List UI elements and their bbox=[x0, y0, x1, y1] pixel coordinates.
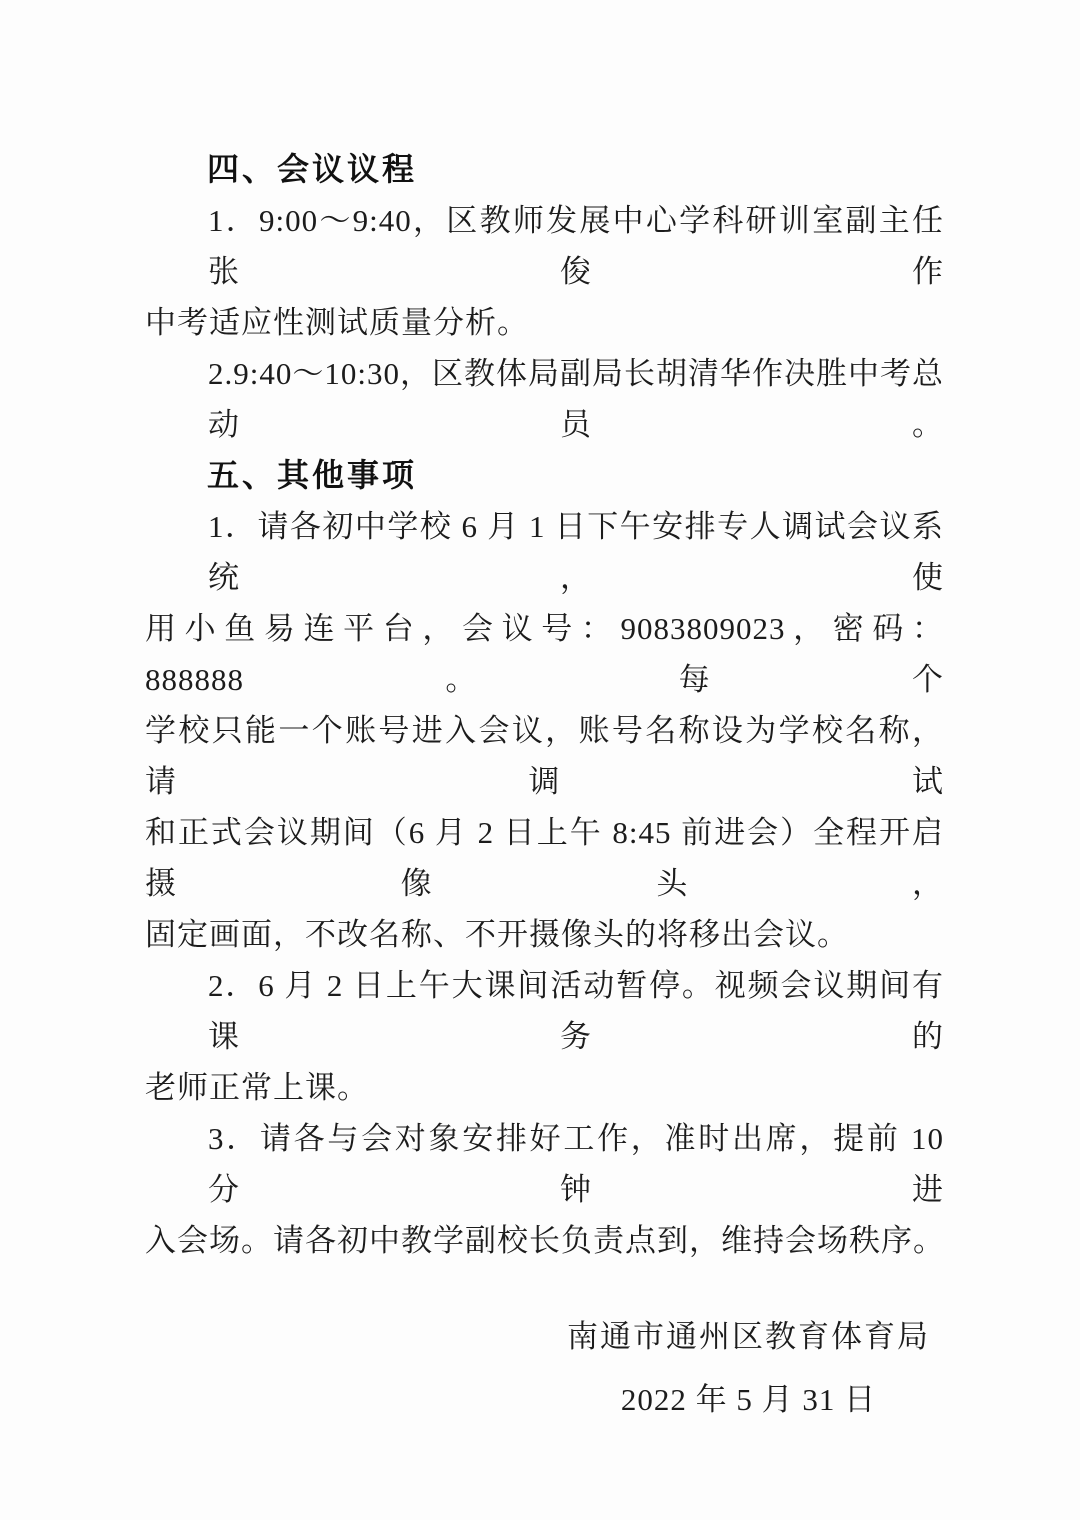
document-body: 四、会议议程 1．9:00～9:40，区教师发展中心学科研训室副主任张俊作 中考… bbox=[0, 0, 1080, 1425]
other-item-1-line-1: 1．请各初中学校 6 月 1 日下午安排专人调试会议系统，使 bbox=[145, 501, 944, 603]
other-item-3-line-1: 3．请各与会对象安排好工作，准时出席，提前 10 分钟进 bbox=[145, 1113, 944, 1215]
other-item-3-line-2: 入会场。请各初中教学副校长负责点到，维持会场秩序。 bbox=[145, 1215, 944, 1266]
agenda-item-1-line-1: 1．9:00～9:40，区教师发展中心学科研训室副主任张俊作 bbox=[145, 195, 944, 297]
agenda-item-1-line-2: 中考适应性测试质量分析。 bbox=[145, 297, 944, 348]
other-item-2-line-1: 2．6 月 2 日上午大课间活动暂停。视频会议期间有课务的 bbox=[145, 960, 944, 1062]
signature-block: 南通市通州区教育体育局 2022 年 5 月 31 日 bbox=[567, 1311, 930, 1425]
section-heading-other-matters: 五、其他事项 bbox=[145, 450, 944, 501]
document-page: 四、会议议程 1．9:00～9:40，区教师发展中心学科研训室副主任张俊作 中考… bbox=[0, 0, 1080, 1520]
issuing-agency: 南通市通州区教育体育局 bbox=[567, 1311, 930, 1362]
other-item-1-line-3: 学校只能一个账号进入会议，账号名称设为学校名称，请调试 bbox=[145, 705, 944, 807]
issue-date: 2022 年 5 月 31 日 bbox=[567, 1374, 930, 1425]
agenda-item-2-line: 2.9:40～10:30，区教体局副局长胡清华作决胜中考总动员。 bbox=[145, 348, 944, 450]
other-item-1-line-5: 固定画面，不改名称、不开摄像头的将移出会议。 bbox=[145, 909, 944, 960]
other-item-2-line-2: 老师正常上课。 bbox=[145, 1062, 944, 1113]
other-item-1-line-2: 用小鱼易连平台，会议号：9083809023，密码：888888。每个 bbox=[145, 603, 944, 705]
other-item-1-line-4: 和正式会议期间（6 月 2 日上午 8:45 前进会）全程开启摄像头， bbox=[145, 807, 944, 909]
section-heading-agenda: 四、会议议程 bbox=[145, 144, 944, 195]
